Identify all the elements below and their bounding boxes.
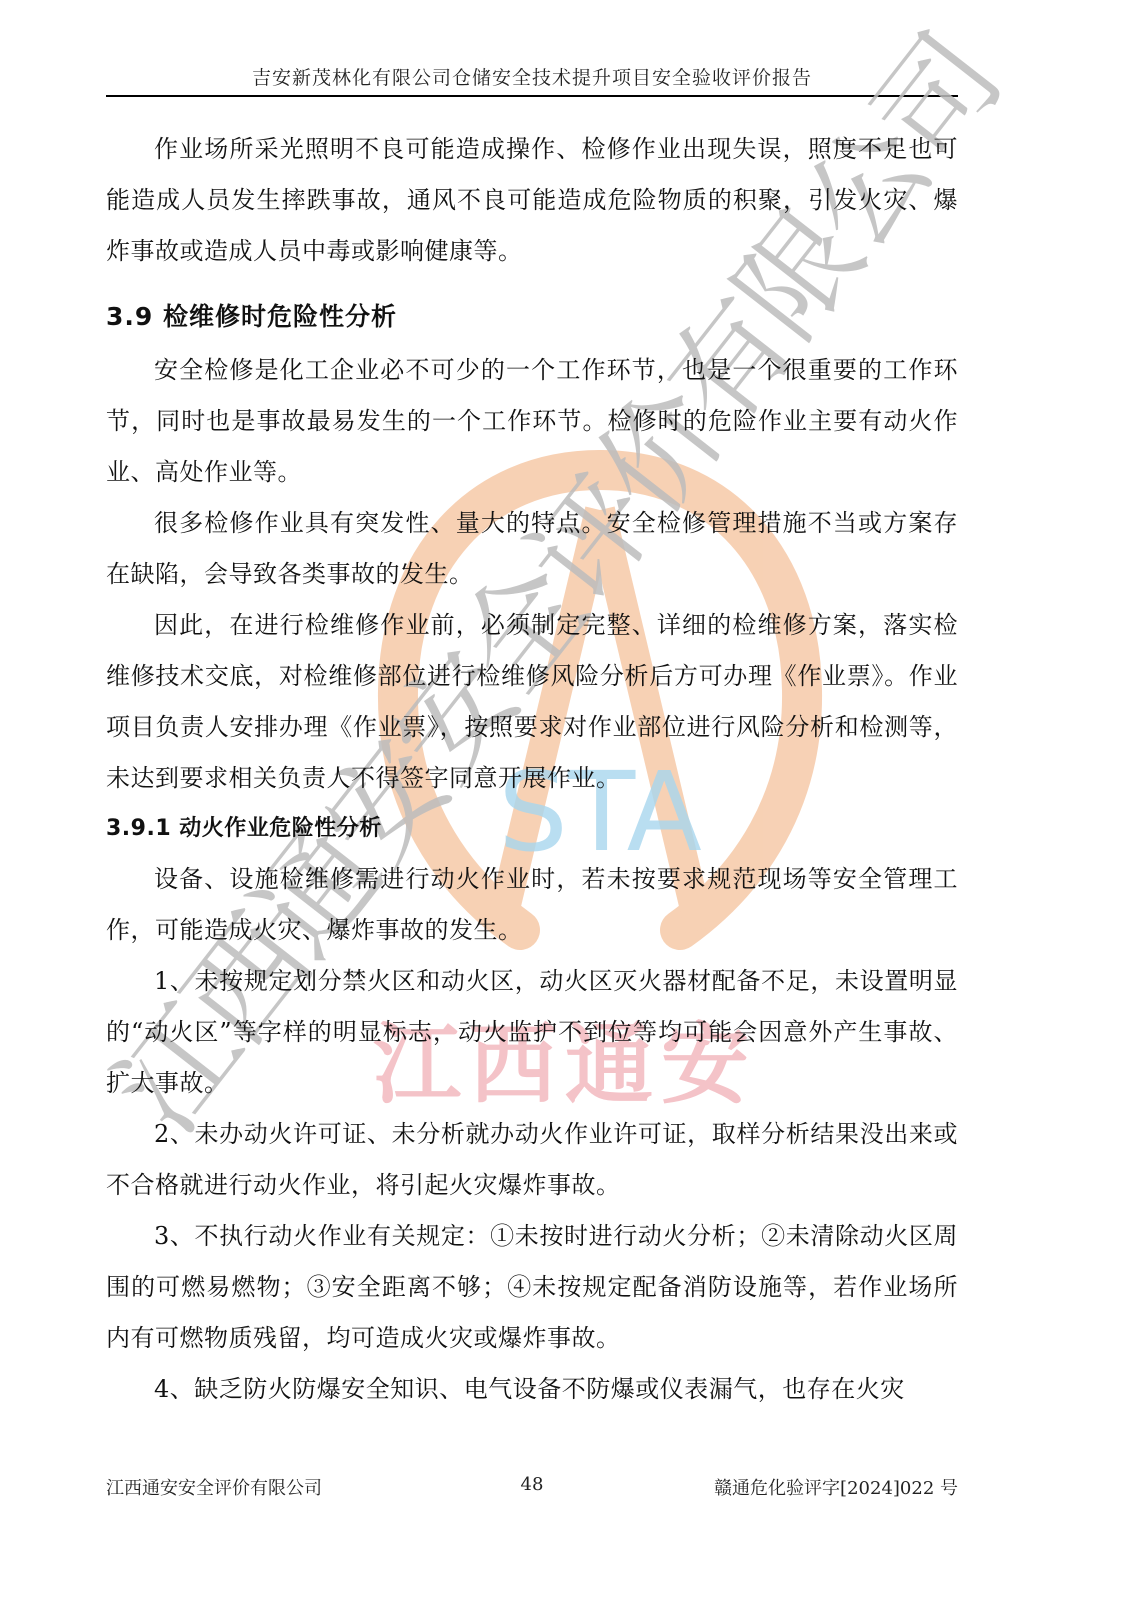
section-3-9-1-paragraph-1: 设备、设施检维修需进行动火作业时，若未按要求规范现场等安全管理工作，可能造成火灾… [106, 854, 958, 956]
section-3-9-1-item-1: 1、未按规定划分禁火区和动火区，动火区灭火器材配备不足，未设置明显的“动火区”等… [106, 956, 958, 1109]
page-header-title: 吉安新茂林化有限公司仓储安全技术提升项目安全验收评价报告 [106, 64, 958, 92]
footer-doc-number: 赣通危化验评字[2024]022 号 [714, 1474, 958, 1500]
section-3-9-1-item-3: 3、不执行动火作业有关规定：①未按时进行动火分析；②未清除动火区周围的可燃易燃物… [106, 1211, 958, 1364]
section-heading-3-9-1: 3.9.1 动火作业危险性分析 [106, 804, 958, 854]
section-3-9-1-item-2: 2、未办动火许可证、未分析就办动火作业许可证，取样分析结果没出来或不合格就进行动… [106, 1109, 958, 1211]
document-body: 作业场所采光照明不良可能造成操作、检修作业出现失误，照度不足也可能造成人员发生摔… [106, 124, 958, 1415]
section-3-9-paragraph-1: 安全检修是化工企业必不可少的一个工作环节，也是一个很重要的工作环节，同时也是事故… [106, 345, 958, 498]
page-footer: 江西通安安全评价有限公司 48 赣通危化验评字[2024]022 号 [106, 1474, 958, 1504]
section-3-9-1-item-4: 4、缺乏防火防爆安全知识、电气设备不防爆或仪表漏气，也存在火灾 [106, 1364, 958, 1415]
section-3-9-paragraph-3: 因此，在进行检维修作业前，必须制定完整、详细的检维修方案，落实检维修技术交底，对… [106, 600, 958, 804]
section-3-9-paragraph-2: 很多检修作业具有突发性、量大的特点。安全检修管理措施不当或方案存在缺陷，会导致各… [106, 498, 958, 600]
header-divider [106, 95, 958, 97]
section-heading-3-9: 3.9 检维修时危险性分析 [106, 289, 958, 345]
intro-paragraph: 作业场所采光照明不良可能造成操作、检修作业出现失误，照度不足也可能造成人员发生摔… [106, 124, 958, 277]
